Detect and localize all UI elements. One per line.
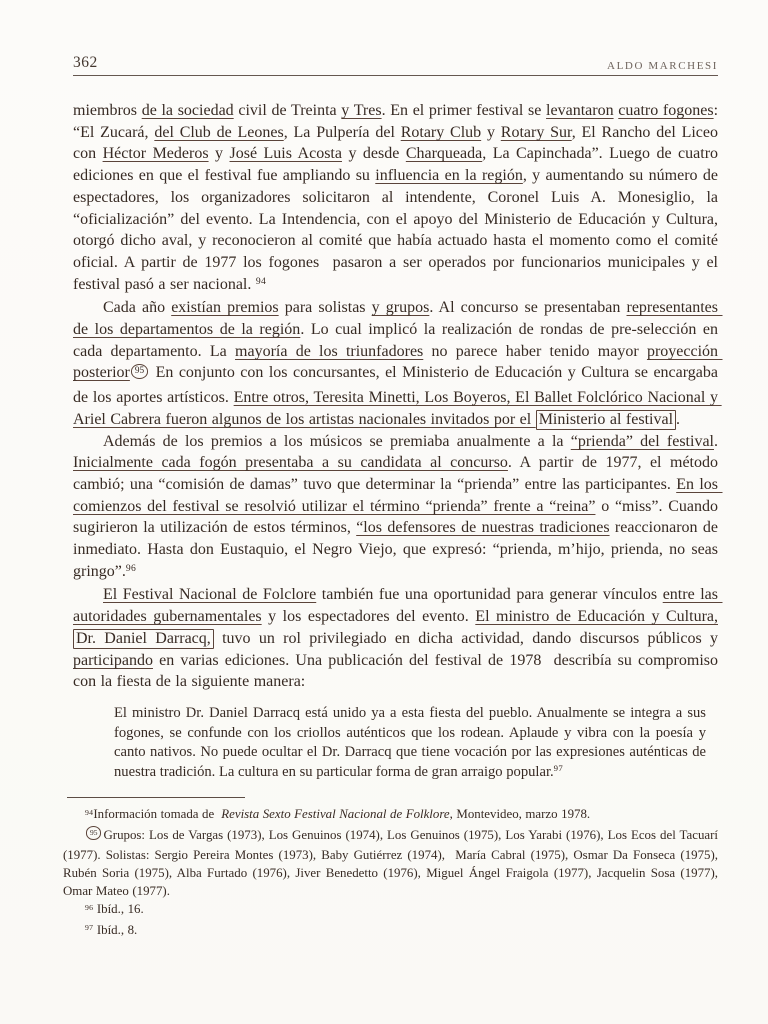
text-segment: mayoría de los triunfadores (235, 343, 423, 360)
scanned-document-page: 362 ALDO MARCHESI miembros de la socieda… (0, 0, 768, 1024)
text-segment: y Tres (341, 102, 381, 119)
text-segment: y los espectadores del evento. (262, 608, 476, 625)
text-segment (718, 608, 723, 625)
text-segment: y (481, 124, 501, 141)
text-segment: Ibíd., 8. (93, 923, 137, 937)
text-segment: influencia en la región (375, 167, 523, 184)
text-segment: Además de los premios a los músicos se p… (103, 433, 571, 450)
text-segment: Charqueada (406, 145, 482, 162)
text-segment: Inicialmente cada fogón presentaba a su … (73, 454, 508, 471)
footnote-marker: 95 (131, 364, 148, 379)
footnote-96: 96 Ibíd., 16. (63, 900, 718, 920)
page-header: 362 ALDO MARCHESI (73, 54, 718, 72)
text-segment: tuvo un rol privilegiado en dicha activi… (214, 630, 723, 647)
text-segment: Cada año (103, 299, 171, 316)
text-segment: Dr. Daniel Darracq, (73, 629, 214, 649)
running-header-author: ALDO MARCHESI (607, 60, 718, 72)
text-segment: José Luis Acosta (230, 145, 342, 162)
text-segment: , y aumentando su número de espectadores… (73, 167, 723, 293)
text-segment: El ministro Dr. Daniel Darracq está unid… (114, 705, 710, 780)
text-segment: Rotary Sur (501, 124, 572, 141)
text-segment: “los defensores de nuestras tradiciones (356, 519, 609, 536)
text-segment: Revista Sexto Festival Nacional de Folkl… (221, 807, 449, 821)
footnote-marker: 96 (126, 563, 136, 574)
footnote-marker: 97 (85, 923, 93, 932)
text-segment: cuatro fogones (618, 102, 713, 119)
paragraph-2: Cada año existían premios para solistas … (73, 297, 718, 430)
footnote-separator-rule (67, 797, 245, 798)
text-segment: Información tomada de (93, 807, 221, 821)
text-segment: Rotary Club (401, 124, 481, 141)
text-segment: y grupos (372, 299, 430, 316)
text-segment: miembros (73, 102, 142, 119)
text-segment: no parece haber tenido mayor (423, 343, 647, 360)
text-segment: . Al concurso se presentaban (429, 299, 626, 316)
text-segment: levantaron (546, 102, 614, 119)
text-segment: civil de Treinta (234, 102, 342, 119)
text-segment: también fue una oportunidad para generar… (316, 586, 662, 603)
text-segment: . (714, 433, 723, 450)
page-number: 362 (73, 54, 98, 72)
text-segment: del Club de Leones (154, 124, 283, 141)
header-rule (73, 75, 718, 76)
text-segment: en varias ediciones. Una publicación del… (73, 652, 723, 691)
text-segment: participando (73, 652, 153, 669)
text-segment: existían premios (171, 299, 278, 316)
text-segment: . (676, 411, 680, 428)
footnote-marker: 97 (554, 763, 563, 773)
footnote-97: 97 Ibíd., 8. (63, 921, 718, 941)
footnote-94: 94Información tomada de Revista Sexto Fe… (63, 805, 718, 825)
paragraph-1: miembros de la sociedad civil de Treinta… (73, 100, 718, 297)
text-segment: Ibíd., 16. (93, 902, 143, 916)
text-segment: para solistas (279, 299, 372, 316)
text-segment: . En el primer festival se (382, 102, 546, 119)
text-segment: y desde (342, 145, 406, 162)
text-segment: y (209, 145, 230, 162)
block-quote: El ministro Dr. Daniel Darracq está unid… (114, 704, 706, 783)
text-segment: de la sociedad (142, 102, 234, 119)
text-segment: Héctor Mederos (103, 145, 209, 162)
footnote-marker: 95 (86, 826, 101, 840)
footnote-marker: 96 (85, 903, 93, 912)
text-segment: Grupos: Los de Vargas (1973), Los Genuin… (63, 828, 722, 899)
paragraph-4: El Festival Nacional de Folclore también… (73, 584, 718, 693)
footnote-95: 95Grupos: Los de Vargas (1973), Los Genu… (63, 826, 718, 901)
text-segment: El ministro de Educación y Cultura, (475, 608, 718, 625)
text-segment: , La Pulpería del (284, 124, 401, 141)
text-segment: “prienda” del festival (571, 433, 714, 450)
text-segment: Ministerio al festival (536, 410, 676, 430)
text-segment: , Montevideo, marzo 1978. (450, 807, 591, 821)
text-segment: El Festival Nacional de Folclore (103, 586, 316, 603)
paragraph-3: Además de los premios a los músicos se p… (73, 431, 718, 585)
footnote-marker: 94 (85, 808, 93, 817)
footnote-marker: 94 (256, 276, 266, 287)
page-body: miembros de la sociedad civil de Treinta… (73, 100, 718, 783)
footnotes-section: 94Información tomada de Revista Sexto Fe… (63, 797, 718, 940)
